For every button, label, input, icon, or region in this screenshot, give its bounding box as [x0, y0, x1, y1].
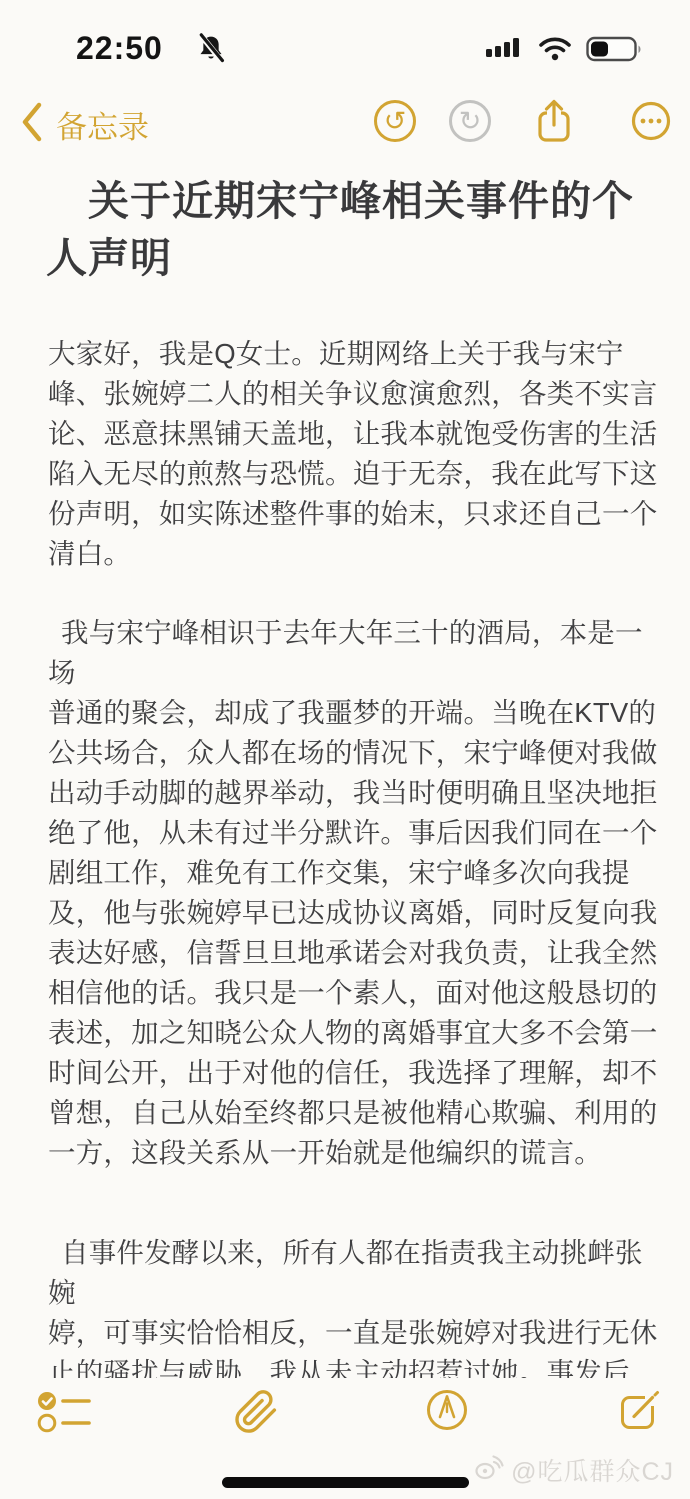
- note-paragraph[interactable]: 大家好，我是Q女士。近期网络上关于我与宋宁 峰、张婉婷二人的相关争议愈演愈烈，各…: [48, 334, 662, 574]
- notes-app-screen: 22:50: [0, 0, 690, 1499]
- markup-pen-icon: [424, 1420, 470, 1437]
- checklist-button[interactable]: [36, 1390, 98, 1439]
- watermark: @吃瓜群众CJ: [473, 1452, 674, 1488]
- note-editor[interactable]: 关于近期宋宁峰相关事件的个 人声明 大家好，我是Q女士。近期网络上关于我与宋宁 …: [0, 0, 690, 1473]
- bottom-toolbar: @吃瓜群众CJ: [0, 1378, 690, 1499]
- watermark-text: @吃瓜群众CJ: [511, 1452, 674, 1488]
- note-title[interactable]: 关于近期宋宁峰相关事件的个 人声明: [46, 173, 650, 287]
- attachment-button[interactable]: [232, 1386, 280, 1443]
- markup-button[interactable]: [424, 1387, 470, 1438]
- note-paragraph[interactable]: 我与宋宁峰相识于去年大年三十的酒局，本是一场 普通的聚会，却成了我噩梦的开端。当…: [48, 613, 662, 1173]
- checklist-icon: [36, 1421, 98, 1438]
- home-indicator[interactable]: [222, 1477, 469, 1488]
- compose-icon: [618, 1419, 664, 1436]
- paperclip-icon: [232, 1425, 280, 1442]
- weibo-logo-icon: [473, 1453, 505, 1488]
- compose-button[interactable]: [618, 1386, 664, 1437]
